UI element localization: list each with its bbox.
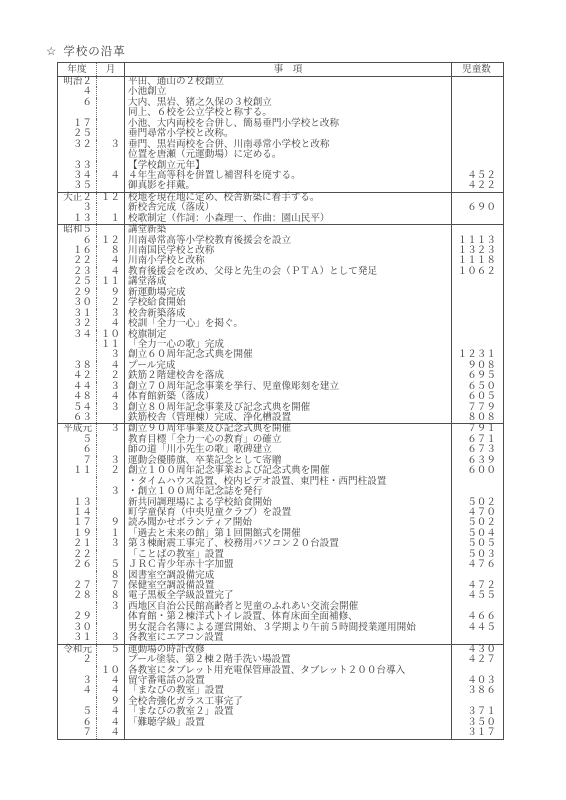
table-row: ７４３１７ bbox=[58, 728, 503, 738]
table-row: ５教育目標「全力一心の教育」の確立６７１ bbox=[58, 435, 503, 445]
cell-count: ６００ bbox=[452, 466, 501, 476]
cell-count bbox=[452, 319, 501, 329]
table-row: ２１３第３棟耐震工事完了、校務用パソコン２０台設置５０５ bbox=[58, 539, 503, 549]
cell-month: １ bbox=[97, 214, 125, 224]
cell-year: 昭和５ bbox=[58, 225, 97, 235]
table-row: ３創立６０周年記念式典を開催１２３１ bbox=[58, 350, 503, 360]
cell-year: ４ bbox=[58, 686, 97, 696]
cell-count: ６９０ bbox=[452, 203, 501, 213]
cell-month bbox=[97, 655, 125, 665]
table-row: ５４「まなびの教室２」設置３７１ bbox=[58, 707, 503, 717]
cell-item: 体育館新築（落成） bbox=[125, 392, 452, 402]
cell-count bbox=[452, 298, 501, 308]
cell-item: 教育後援会を改め、父母と先生の会（ＰＴＡ）として発足 bbox=[125, 267, 452, 277]
table-row: １０各教室にタブレット用充電保管庫設置、タブレット２００台導入 bbox=[58, 666, 503, 676]
cell-item: 講堂新築 bbox=[125, 225, 452, 235]
cell-month: ３ bbox=[97, 539, 125, 549]
cell-month: ５ bbox=[97, 560, 125, 570]
cell-month: ３ bbox=[97, 140, 125, 150]
table-row: ３５御真影を拝戴。４２２ bbox=[58, 181, 503, 191]
table-row: ６４「難聴学級」設置３５０ bbox=[58, 718, 503, 728]
cell-count: ８０８ bbox=[452, 413, 501, 423]
cell-count bbox=[452, 309, 501, 319]
header-item: 事 項 bbox=[125, 63, 452, 76]
header-count: 児童数 bbox=[452, 63, 501, 76]
table-row: ２５１１講堂落成 bbox=[58, 277, 503, 287]
cell-count bbox=[452, 119, 501, 129]
cell-month: ４ bbox=[97, 392, 125, 402]
table-row: ８図書室空調設備完成 bbox=[58, 571, 503, 581]
cell-month: ５ bbox=[97, 645, 125, 655]
table-row: ２３４教育後援会を改め、父母と先生の会（ＰＴＡ）として発足１０６２ bbox=[58, 267, 503, 277]
cell-year: １３ bbox=[58, 214, 97, 224]
cell-year: ２ bbox=[58, 655, 97, 665]
cell-item: 「難聴学級」設置 bbox=[125, 718, 452, 728]
table-row: １１「全力一心の歌」完成 bbox=[58, 340, 503, 350]
cell-item: プール塗装、第２棟２階手洗い場設置 bbox=[125, 655, 452, 665]
cell-count bbox=[452, 330, 501, 340]
cell-year bbox=[58, 477, 97, 487]
table-row: １３１校歌制定（作詞：小森理一、作曲：園山民平） bbox=[58, 214, 503, 224]
cell-month bbox=[97, 435, 125, 445]
table-row: ３８４プール完成９０８ bbox=[58, 361, 503, 371]
document-page: ☆学校の沿革 年度 月 事 項 児童数 明治２平田、通山の２校創立４小池創立６大… bbox=[0, 0, 566, 800]
header-year: 年度 bbox=[58, 63, 97, 76]
cell-year: ４８ bbox=[58, 392, 97, 402]
table-row: ・タイムハウス設置、校内ビデオ設置、東門柱・西門柱設置 bbox=[58, 477, 503, 487]
cell-month: ４ bbox=[97, 319, 125, 329]
table-row: ４８４体育館新築（落成）６０５ bbox=[58, 392, 503, 402]
header-month: 月 bbox=[97, 63, 125, 76]
table-row: ３・創立１００周年記念誌を発行 bbox=[58, 487, 503, 497]
cell-item: 各教室にエアコン設置 bbox=[125, 633, 452, 643]
cell-month: ３ bbox=[97, 424, 125, 434]
cell-year: ６３ bbox=[58, 413, 97, 423]
cell-count: ４４５ bbox=[452, 623, 501, 633]
era-section-heisei: 平成元３創立９０周年事業及び記念式典を開催７９１５教育目標「全力一心の教育」の確… bbox=[58, 423, 503, 643]
table-row: ２６５ＪＲＣ青少年赤十字加盟４７６ bbox=[58, 560, 503, 570]
era-section-meiji: 明治２平田、通山の２校創立４小池創立６大内、黒岩、猪之久保の３校創立同上、６校を… bbox=[58, 77, 503, 192]
cell-year: ２８ bbox=[58, 591, 97, 601]
page-title: ☆学校の沿革 bbox=[46, 43, 126, 59]
page-title-text: 学校の沿革 bbox=[63, 46, 126, 58]
table-row: ４４３創立７０周年記念事業を挙行、児童像彫刻を建立６５０ bbox=[58, 382, 503, 392]
cell-count: ４２７ bbox=[452, 655, 501, 665]
era-section-taisho: 大正２１２校地を現在地に定め、校舎新築に着手する。３新校舎完成（落成）６９０１３… bbox=[58, 192, 503, 224]
cell-count bbox=[452, 140, 501, 150]
table-row: 位置を唐瀬（元運動場）に定める。 bbox=[58, 150, 503, 160]
cell-item: 校訓「全力一心」を掲ぐ。 bbox=[125, 319, 452, 329]
cell-item: 鉄筋校舎（管理棟）完成、浄化槽設置 bbox=[125, 413, 452, 423]
table-header: 年度 月 事 項 児童数 bbox=[58, 63, 503, 77]
cell-count: ６０５ bbox=[452, 392, 501, 402]
table-row: １６８川南国民学校と改称１３２３ bbox=[58, 246, 503, 256]
cell-item: ・創立１００周年記念誌を発行 bbox=[125, 487, 452, 497]
table-row: ３４留守番電話の設置４０３ bbox=[58, 676, 503, 686]
cell-month: ３ bbox=[97, 602, 125, 612]
table-row: ９全校舎強化ガラス工事完了 bbox=[58, 697, 503, 707]
cell-month: ４ bbox=[97, 171, 125, 181]
era-section-showa: 昭和５講堂新築６１２川南尋常高等小学校教育後援会を設立１１１３１６８川南国民学校… bbox=[58, 224, 503, 423]
table-row: ３１３各教室にエアコン設置 bbox=[58, 633, 503, 643]
cell-count: ４２２ bbox=[452, 181, 501, 191]
cell-month bbox=[97, 119, 125, 129]
cell-count bbox=[452, 129, 501, 139]
cell-count bbox=[452, 225, 501, 235]
cell-count: ３８６ bbox=[452, 686, 501, 696]
cell-count bbox=[452, 77, 501, 87]
cell-count bbox=[452, 633, 501, 643]
cell-month bbox=[97, 498, 125, 508]
cell-month: ３ bbox=[97, 487, 125, 497]
cell-month bbox=[97, 108, 125, 118]
cell-count bbox=[452, 477, 501, 487]
cell-count: ４５５ bbox=[452, 591, 501, 601]
table-row: ２７７保健室空調設備設置４７２ bbox=[58, 581, 503, 591]
table-row: ３４１０校旗制定 bbox=[58, 330, 503, 340]
cell-year: ３４ bbox=[58, 330, 97, 340]
cell-count: ４７６ bbox=[452, 560, 501, 570]
table-row: 昭和５講堂新築 bbox=[58, 225, 503, 235]
cell-year: ３５ bbox=[58, 181, 97, 191]
cell-month bbox=[97, 150, 125, 160]
cell-count: １０６２ bbox=[452, 267, 501, 277]
table-row: １４町学童保育（中央児童クラブ）を設置４７０ bbox=[58, 508, 503, 518]
cell-month bbox=[97, 413, 125, 423]
cell-month: ４ bbox=[97, 728, 125, 738]
table-row: ３０２学校給食開始 bbox=[58, 298, 503, 308]
cell-year: ３１ bbox=[58, 633, 97, 643]
table-row: ４４「まなびの教室」設置３８６ bbox=[58, 686, 503, 696]
cell-year: ２６ bbox=[58, 560, 97, 570]
cell-year: ７ bbox=[58, 728, 97, 738]
cell-month bbox=[97, 181, 125, 191]
cell-item bbox=[125, 728, 452, 738]
cell-month bbox=[97, 612, 125, 622]
cell-count bbox=[452, 150, 501, 160]
table-row: １７小池、大内両校を合併し、簡易垂門小学校と改称 bbox=[58, 119, 503, 129]
cell-year: ６ bbox=[58, 98, 97, 108]
table-row: ６３鉄筋校舎（管理棟）完成、浄化槽設置８０８ bbox=[58, 413, 503, 423]
era-section-reiwa: 令和元５運動場の時計改修４３０２プール塗装、第２棟２階手洗い場設置４２７１０各教… bbox=[58, 644, 503, 739]
cell-year: ３２ bbox=[58, 319, 97, 329]
star-icon: ☆ bbox=[46, 46, 57, 58]
cell-month bbox=[97, 98, 125, 108]
school-history-table: 年度 月 事 項 児童数 明治２平田、通山の２校創立４小池創立６大内、黒岩、猪之… bbox=[57, 62, 504, 740]
table-row: ２９９新運動場完成 bbox=[58, 288, 503, 298]
table-row: ３１３校舎新築落成 bbox=[58, 309, 503, 319]
cell-month: １２ bbox=[97, 193, 125, 203]
cell-item: 校歌制定（作詞：小森理一、作曲：園山民平） bbox=[125, 214, 452, 224]
cell-year bbox=[58, 150, 97, 160]
cell-count bbox=[452, 288, 501, 298]
cell-month: ２ bbox=[97, 466, 125, 476]
cell-month bbox=[97, 225, 125, 235]
table-body: 明治２平田、通山の２校創立４小池創立６大内、黒岩、猪之久保の３校創立同上、６校を… bbox=[58, 77, 503, 739]
table-row: 大正２１２校地を現在地に定め、校舎新築に着手する。 bbox=[58, 193, 503, 203]
cell-year: ３２ bbox=[58, 140, 97, 150]
table-row: ６大内、黒岩、猪之久保の３校創立 bbox=[58, 98, 503, 108]
cell-item: ＪＲＣ青少年赤十字加盟 bbox=[125, 560, 452, 570]
cell-year bbox=[58, 487, 97, 497]
table-row: ３０男女混合名簿による運営開始、３学期より午前５時間授業運用開始４４５ bbox=[58, 623, 503, 633]
cell-item: 御真影を拝戴。 bbox=[125, 181, 452, 191]
cell-count: ３１７ bbox=[452, 728, 501, 738]
table-row: 明治２平田、通山の２校創立 bbox=[58, 77, 503, 87]
cell-item: 位置を唐瀬（元運動場）に定める。 bbox=[125, 150, 452, 160]
table-row: ２２「ことばの教室」設置５０３ bbox=[58, 550, 503, 560]
cell-count bbox=[452, 108, 501, 118]
table-row: ６１２川南尋常高等小学校教育後援会を設立１１１３ bbox=[58, 236, 503, 246]
cell-count bbox=[452, 214, 501, 224]
cell-year: １１ bbox=[58, 466, 97, 476]
cell-count bbox=[452, 487, 501, 497]
cell-count bbox=[452, 98, 501, 108]
cell-year bbox=[58, 340, 97, 350]
table-row: ３４４４年生高等科を併置し補習科を廃する。４５２ bbox=[58, 171, 503, 181]
cell-month: ３ bbox=[97, 403, 125, 413]
cell-count bbox=[452, 87, 501, 97]
table-row: ２プール塗装、第２棟２階手洗い場設置４２７ bbox=[58, 655, 503, 665]
cell-month bbox=[97, 87, 125, 97]
cell-month bbox=[97, 77, 125, 87]
table-row: ３２４校訓「全力一心」を掲ぐ。 bbox=[58, 319, 503, 329]
cell-month: ３ bbox=[97, 633, 125, 643]
table-row: ４小池創立 bbox=[58, 87, 503, 97]
cell-count bbox=[452, 277, 501, 287]
cell-item: 平田、通山の２校創立 bbox=[125, 77, 452, 87]
